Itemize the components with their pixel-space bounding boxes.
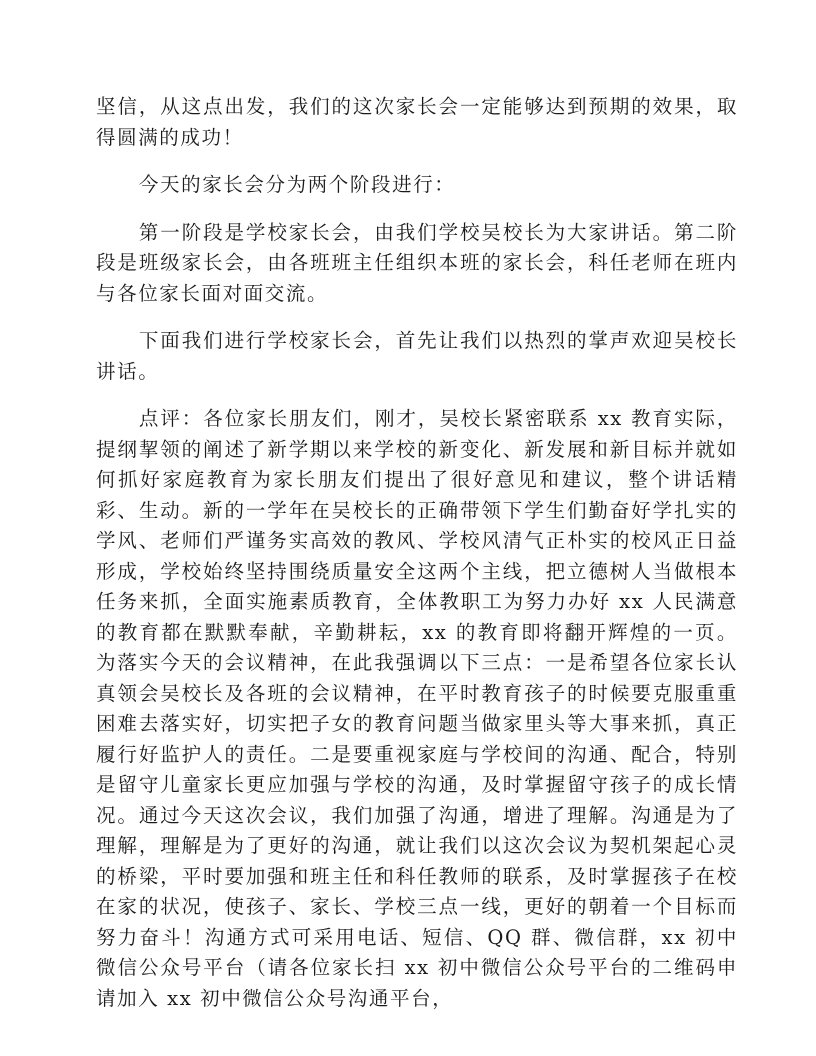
paragraph-two-stages-intro: 今天的家长会分为两个阶段进行： [96, 170, 738, 201]
paragraph-stage-details: 第一阶段是学校家长会，由我们学校吴校长为大家讲话。第二阶段是班级家长会，由各班班… [96, 218, 738, 310]
paragraph-commentary: 点评：各位家长朋友们，刚才，吴校长紧密联系 xx 教育实际，提纲挈领的阐述了新学… [96, 404, 738, 1014]
paragraph-conclusion: 坚信，从这点出发，我们的这次家长会一定能够达到预期的效果，取得圆满的成功！ [96, 92, 738, 153]
document-page: 坚信，从这点出发，我们的这次家长会一定能够达到预期的效果，取得圆满的成功！ 今天… [96, 92, 738, 1031]
paragraph-welcome-principal: 下面我们进行学校家长会，首先让我们以热烈的掌声欢迎吴校长讲话。 [96, 326, 738, 387]
